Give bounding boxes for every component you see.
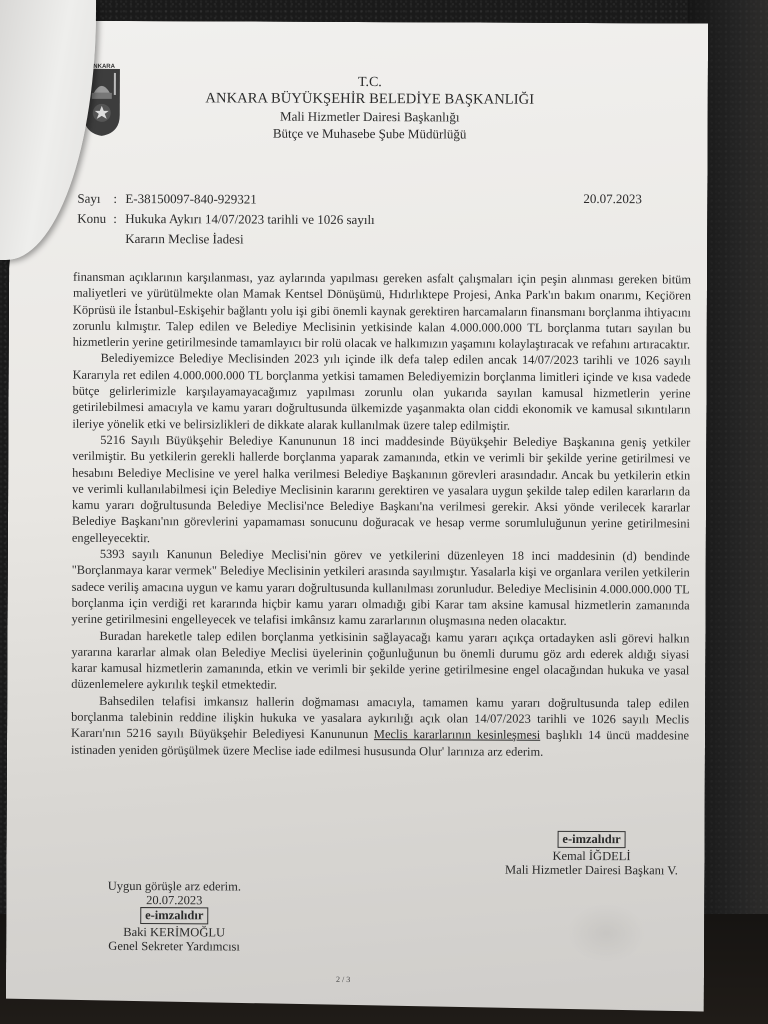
document-body: finansman açıklarının karşılanması, yaz …: [71, 269, 691, 761]
konu-line-1: Hukuka Aykırı 14/07/2023 tarihli ve 1026…: [125, 209, 374, 230]
body-paragraph: finansman açıklarının karşılanması, yaz …: [73, 269, 691, 353]
signer-title: Mali Hizmetler Dairesi Başkanı V.: [466, 862, 716, 877]
sayi-separator: :: [113, 189, 125, 209]
header-department: Mali Hizmetler Dairesi Başkanlığı: [160, 107, 580, 126]
document-page: ANKARA T.C. ANKARA BÜYÜKŞEHİR BELEDİYE B…: [6, 20, 708, 1011]
konu-separator: :: [113, 209, 125, 229]
page-number: 2 / 3: [336, 975, 350, 984]
signer-name: Kemal İĞDELİ: [506, 849, 676, 864]
approval-date: 20.07.2023: [94, 893, 254, 908]
underlined-article-title: Meclis kararlarının kesinleşmesi: [374, 727, 540, 742]
body-paragraph: Buradan hareketle talep edilen borçlanma…: [71, 627, 689, 695]
konu-line-2: Kararın Meclise İadesi: [77, 229, 374, 250]
e-signature-stamp: e-imzalıdır: [557, 831, 625, 848]
sayi-label: Sayı: [77, 189, 113, 209]
header-branch: Bütçe ve Muhasebe Şube Müdürlüğü: [160, 124, 580, 143]
document-header: T.C. ANKARA BÜYÜKŞEHİR BELEDİYE BAŞKANLI…: [160, 73, 580, 143]
e-signature-stamp: e-imzalıdır: [140, 907, 208, 924]
document-meta: Sayı : E-38150097-840-929321 Konu : Huku…: [77, 189, 375, 250]
header-organization: ANKARA BÜYÜKŞEHİR BELEDİYE BAŞKANLIĞI: [160, 90, 580, 109]
body-paragraph-closing: Bahsedilen telafisi imkansız hallerin do…: [71, 692, 689, 760]
signature-block-right: e-imzalıdır Kemal İĞDELİ Mali Hizmetler …: [506, 831, 676, 878]
document-date: 20.07.2023: [583, 191, 642, 207]
body-paragraph: 5393 sayılı Kanunun Belediye Meclisi'nin…: [72, 546, 690, 630]
paper-shadow: [566, 903, 646, 963]
sayi-value: E-38150097-840-929321: [125, 189, 257, 210]
body-paragraph: Belediyemizce Belediye Meclisinden 2023 …: [72, 350, 690, 434]
body-paragraph: 5216 Sayılı Büyükşehir Belediye Kanununu…: [72, 432, 690, 549]
header-tc: T.C.: [160, 73, 580, 92]
signature-block-left: Uygun görüşle arz ederim. 20.07.2023 e-i…: [94, 879, 254, 954]
konu-label: Konu: [77, 209, 113, 229]
approval-note: Uygun görüşle arz ederim.: [94, 879, 254, 894]
signer-title: Genel Sekreter Yardımcısı: [94, 939, 254, 954]
signer-name: Baki KERİMOĞLU: [94, 925, 254, 940]
